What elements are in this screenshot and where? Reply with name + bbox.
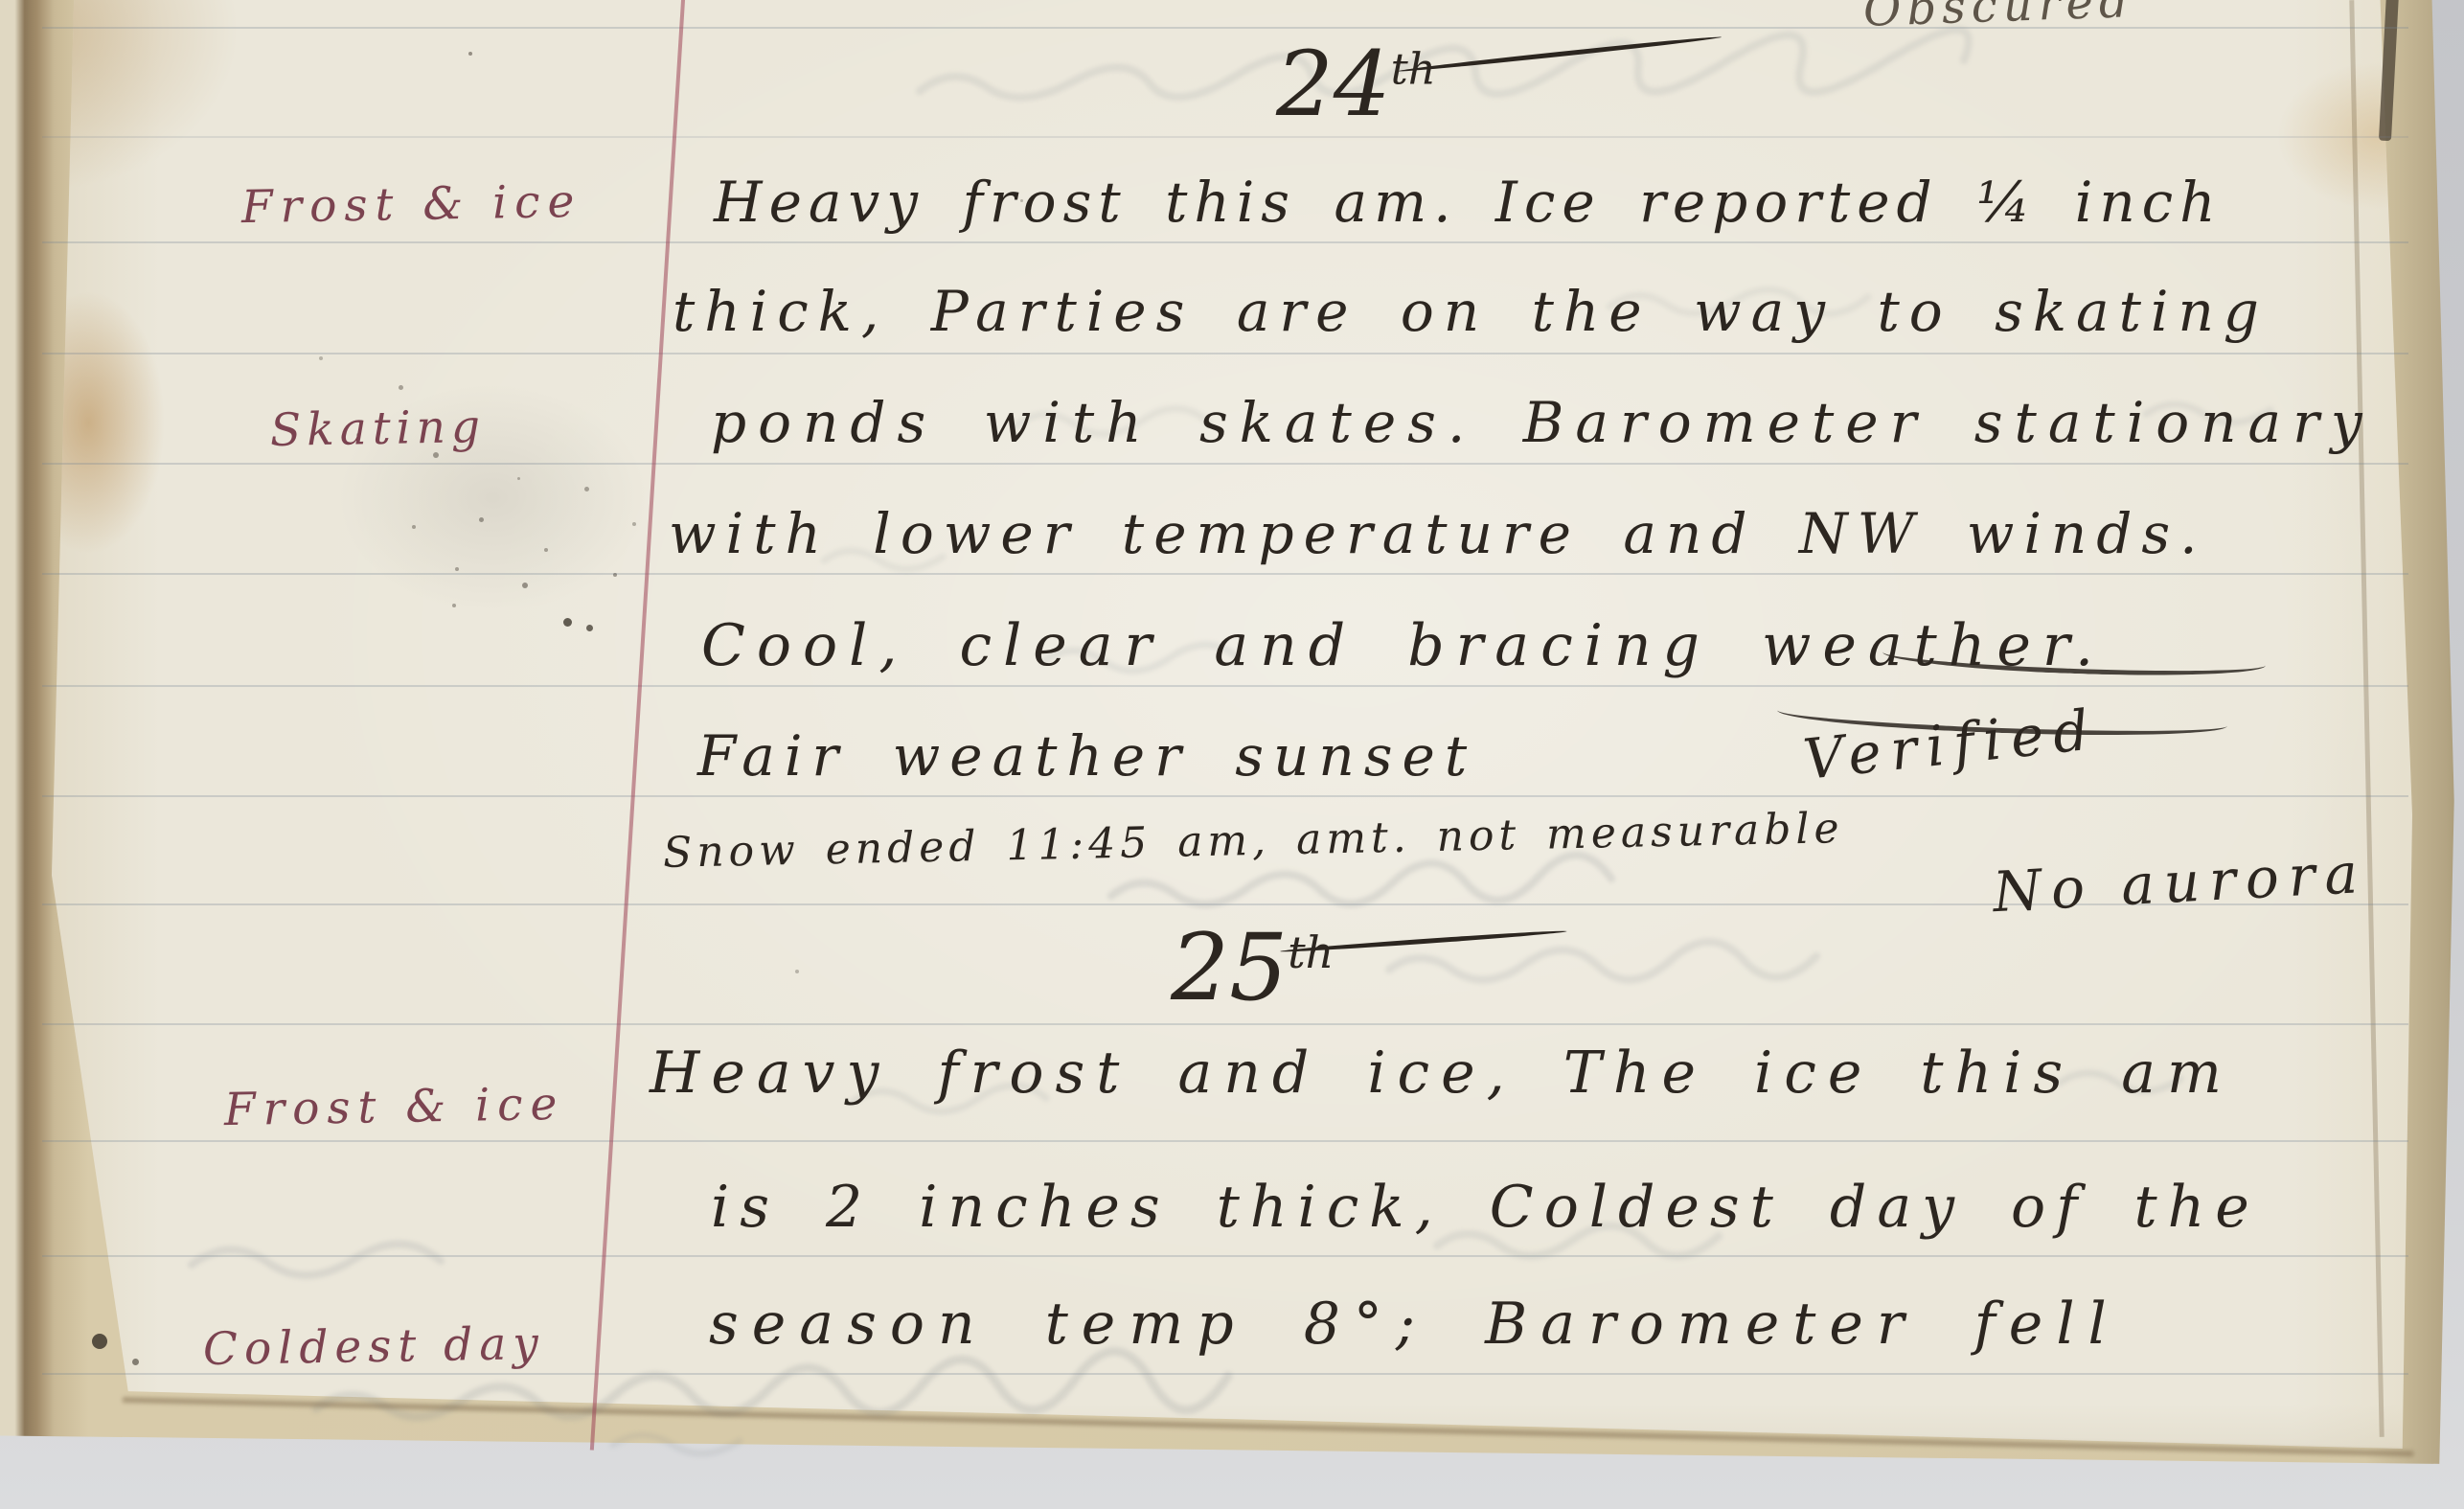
margin-note-coldest-day: Coldest day	[203, 1321, 546, 1372]
ink-speckle	[319, 356, 323, 360]
entry-24-line-3: ponds with skates. Barometer stationary	[711, 395, 2374, 450]
date-suffix: th	[1288, 926, 1334, 978]
ruled-line	[42, 1373, 2408, 1375]
entry-24-line-5: Cool, clear and bracing weather.	[701, 617, 2105, 674]
entry-24-line-1: Heavy frost this am. Ice reported ¼ inch	[714, 174, 2223, 230]
ink-speckle	[584, 487, 589, 492]
ink-speckle	[452, 604, 456, 607]
ink-blot	[563, 618, 572, 627]
ink-speckle	[544, 548, 548, 552]
ink-speckle	[613, 573, 617, 577]
date-suffix: th	[1391, 44, 1436, 95]
ruled-line	[42, 353, 2408, 354]
ruled-line	[42, 136, 2408, 138]
ink-speckle	[412, 525, 416, 529]
date-heading-25: 25th	[1171, 922, 1334, 1014]
ruled-line	[42, 1140, 2408, 1142]
ink-speckle	[479, 517, 484, 522]
ruled-line	[42, 1023, 2408, 1025]
entry-24-line-4: with lower temperature and NW winds.	[669, 506, 2207, 561]
entry-25-line-2: is 2 inches thick, Coldest day of the	[711, 1178, 2260, 1236]
entry-25-line-1: Heavy frost and ice, The ice this am	[650, 1044, 2233, 1102]
date-number: 25	[1171, 914, 1288, 1021]
ruled-line	[42, 1255, 2408, 1257]
entry-24-line-6: Fair weather sunset	[697, 728, 1476, 784]
journal-page-photo: { "journal": { "corner_note": "Obscured"…	[0, 0, 2464, 1509]
ink-speckle	[468, 52, 472, 56]
ink-speckle	[399, 385, 403, 390]
ruled-line	[42, 463, 2408, 465]
ink-blot	[586, 625, 593, 631]
margin-note-frost-ice-24: Frost & ice	[241, 179, 582, 230]
ruled-line	[42, 685, 2408, 687]
corner-note: Obscured	[1862, 0, 2134, 34]
date-heading-24: 24th	[1276, 40, 1436, 130]
ruled-line	[42, 573, 2408, 575]
ink-speckle	[455, 567, 459, 571]
entry-25-line-3: season temp 8°; Barometer fell	[709, 1295, 2120, 1353]
ink-speckle	[795, 970, 799, 973]
ink-speckle	[632, 522, 636, 526]
date-number: 24	[1276, 33, 1391, 137]
ruled-line	[42, 241, 2408, 243]
margin-note-skating: Skating	[270, 404, 487, 453]
ink-speckle	[517, 477, 520, 480]
ruled-line	[42, 795, 2408, 797]
margin-note-frost-ice-25: Frost & ice	[224, 1082, 565, 1132]
ink-blot	[92, 1334, 107, 1349]
ink-speckle	[132, 1359, 139, 1365]
entry-24-line-2: thick, Parties are on the way to skating	[673, 284, 2269, 339]
ink-speckle	[522, 583, 528, 588]
